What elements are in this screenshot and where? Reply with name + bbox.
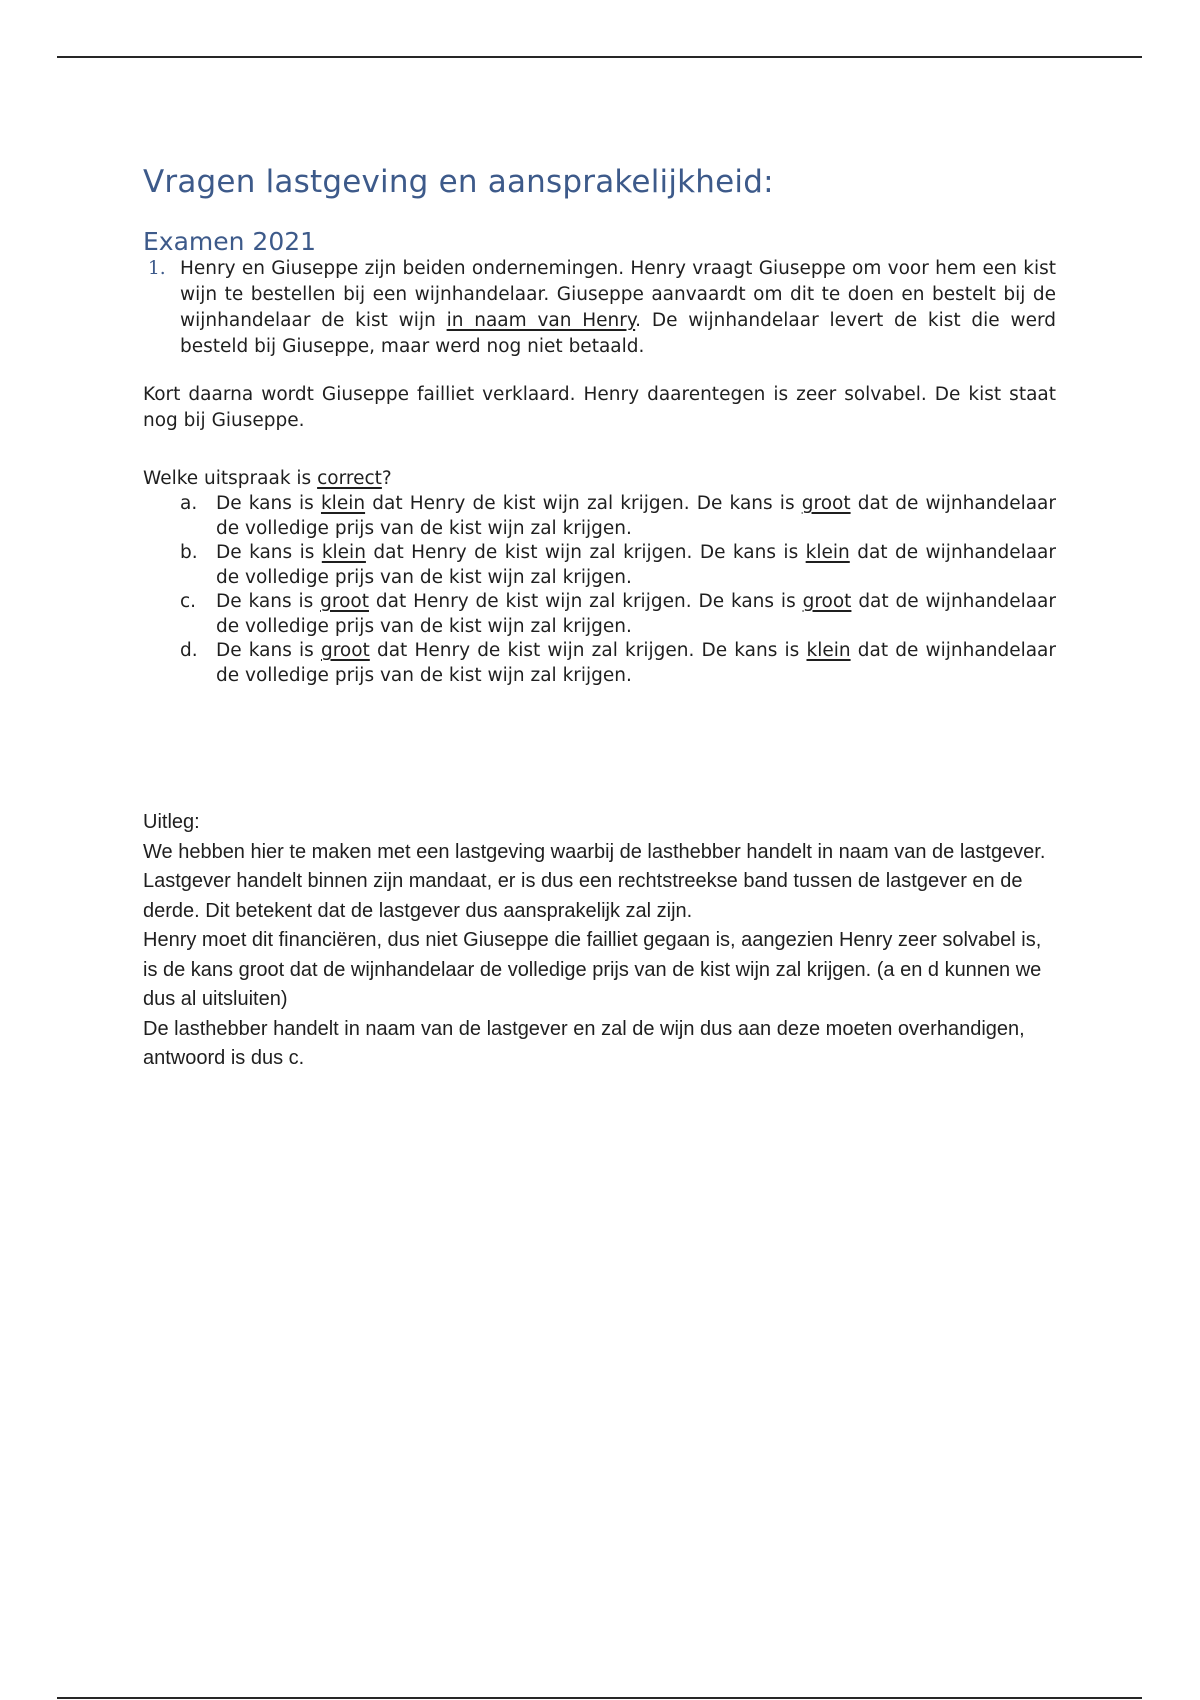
option-underlined: groot [320,591,369,612]
option-underlined: groot [802,493,851,514]
question-item: 1. Henry en Giuseppe zijn beiden onderne… [143,256,1056,360]
section-subtitle: Examen 2021 [143,226,1056,258]
option-text: De kans is [216,591,320,612]
prompt-end: ? [382,468,392,489]
answer-options: a. De kans is klein dat Henry de kist wi… [143,492,1056,688]
question-underlined-phrase: in naam van Henry [447,310,636,331]
option-letter: d. [180,639,198,664]
option-text: dat Henry de kist wijn zal krijgen. De k… [370,640,807,661]
header-rule [57,56,1142,58]
option-letter: a. [180,492,197,517]
explanation-heading: Uitleg: [143,808,1056,838]
explanation-section: Uitleg: We hebben hier te maken met een … [143,808,1056,1074]
question-prompt: Welke uitspraak is correct? [143,466,1056,492]
answer-option-d: d. De kans is groot dat Henry de kist wi… [143,639,1056,688]
option-underlined: groot [321,640,370,661]
context-paragraph: Kort daarna wordt Giuseppe failliet verk… [143,382,1056,434]
explanation-paragraph-1: We hebben hier te maken met een lastgevi… [143,838,1056,927]
option-text: dat Henry de kist wijn zal krijgen. De k… [365,493,802,514]
option-letter: b. [180,541,198,566]
option-underlined: groot [803,591,852,612]
option-text: De kans is [216,542,322,563]
document-body: Vragen lastgeving en aansprakelijkheid: … [143,160,1056,1074]
explanation-paragraph-3: De lasthebber handelt in naam van de las… [143,1015,1056,1074]
prompt-underlined: correct [317,468,382,489]
option-text: De kans is [216,640,321,661]
option-letter: c. [180,590,196,615]
option-underlined: klein [321,493,365,514]
option-underlined: klein [322,542,366,563]
footer-rule [57,1697,1142,1699]
answer-option-a: a. De kans is klein dat Henry de kist wi… [143,492,1056,541]
prompt-text: Welke uitspraak is [143,468,317,489]
option-underlined: klein [806,542,850,563]
answer-option-c: c. De kans is groot dat Henry de kist wi… [143,590,1056,639]
option-text: dat Henry de kist wijn zal krijgen. De k… [369,591,803,612]
option-underlined: klein [806,640,850,661]
option-text: De kans is [216,493,321,514]
question-number: 1. [148,256,166,282]
option-text: dat Henry de kist wijn zal krijgen. De k… [366,542,806,563]
explanation-paragraph-2: Henry moet dit financiëren, dus niet Giu… [143,926,1056,1015]
answer-option-b: b. De kans is klein dat Henry de kist wi… [143,541,1056,590]
page-title: Vragen lastgeving en aansprakelijkheid: [143,160,1056,204]
